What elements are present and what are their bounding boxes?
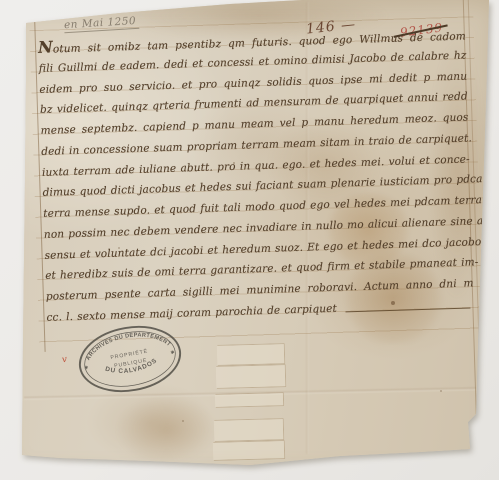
line-filler-stroke <box>345 294 471 312</box>
parchment-tab <box>214 418 285 442</box>
stain <box>116 396 218 464</box>
stamp-star-right: ✱ <box>170 350 175 357</box>
parchment-tab <box>213 440 285 461</box>
ink-specks <box>0 0 2 2</box>
parchment-tab <box>217 343 286 366</box>
parchment-shadow: Notum sit omibz tam psentibz qm futuris.… <box>0 0 499 480</box>
photograph-background: Notum sit omibz tam psentibz qm futuris.… <box>0 0 499 480</box>
manuscript-text: Notum sit omibz tam psentibz qm futuris.… <box>38 24 475 328</box>
stamp-star-left: ✱ <box>84 365 89 372</box>
parchment-tab <box>215 392 284 408</box>
parchment-charter: Notum sit omibz tam psentibz qm futuris.… <box>0 0 499 480</box>
ruled-content-area: Notum sit omibz tam psentibz qm futuris.… <box>25 2 488 360</box>
parchment-tab <box>216 364 287 389</box>
